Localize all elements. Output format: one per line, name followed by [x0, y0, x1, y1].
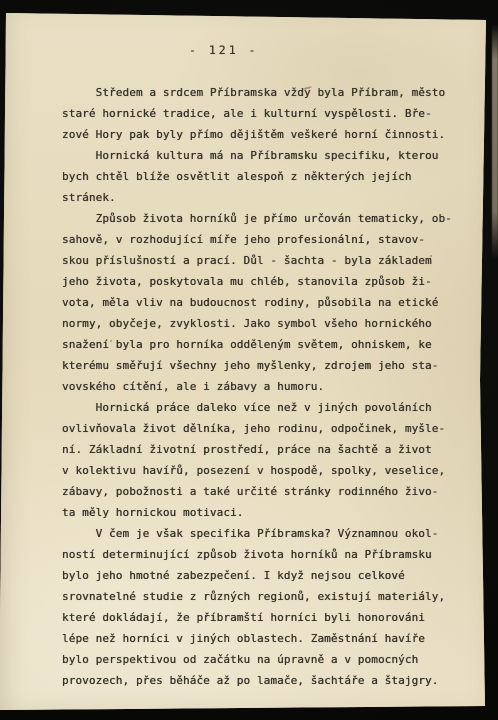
text-line: jeho života, poskytovala mu chléb, stano…	[62, 271, 442, 292]
text-line: kterému směřují všechny jeho myšlenky, z…	[62, 355, 442, 376]
text-line: ovlivňovala život dělníka, jeho rodinu, …	[62, 418, 442, 439]
text-line: vota, měla vliv na budoucnost rodiny, pů…	[62, 292, 442, 313]
text-line: vovského cítění, ale i zábavy a humoru.	[62, 376, 442, 397]
text-line: v kolektivu havířů, posezení v hospodě, …	[62, 460, 442, 481]
text-line: provozech, přes běháče až po lamače, šac…	[62, 670, 442, 691]
paper-speck	[430, 255, 432, 257]
text-line: Způsob života horníků je přímo určován t…	[62, 208, 442, 229]
text-line: ností determinující způsob života horník…	[62, 544, 442, 565]
text-line: lépe než horníci v jiných oblastech. Zam…	[62, 628, 442, 649]
text-line: Hornická kultura má na Příbramsku specif…	[62, 145, 442, 166]
text-line: bych chtěl blíže osvětlit alespoň z někt…	[62, 166, 442, 187]
text-line: sahově, v rozhodující míře jeho profesio…	[62, 229, 442, 250]
text-line: srovnatelné studie z různých regionů, ex…	[62, 586, 442, 607]
scanned-page-background: - 121 - Středem a srdcem Příbramska vždy…	[0, 0, 498, 720]
text-line: V čem je však specifika Příbramska? Význ…	[62, 523, 442, 544]
page-number: - 121 -	[189, 43, 258, 57]
text-line: bylo perspektivou od začátku na úpravně …	[62, 649, 442, 670]
text-line: normy, obyčeje, zvyklosti. Jako symbol v…	[62, 313, 442, 334]
text-line: bylo jeho hmotné zabezpečení. I když nej…	[62, 565, 442, 586]
text-line: ní. Základní životní prostředí, práce na…	[62, 439, 442, 460]
text-line: Hornická práce daleko více než v jiných …	[62, 397, 442, 418]
text-line: Středem a srdcem Příbramska vždy byla Př…	[62, 82, 442, 103]
text-line: snažení byla pro horníka odděleným světe…	[62, 334, 442, 355]
text-line: zábavy, pobožnosti a také určité stránky…	[62, 481, 442, 502]
document-page: - 121 - Středem a srdcem Příbramska vždy…	[0, 0, 498, 720]
page-text-block: Středem a srdcem Příbramska vždy byla Př…	[62, 82, 442, 691]
paper-speck	[110, 340, 112, 342]
text-line: skou příslušností a prací. Důl - šachta …	[62, 250, 442, 271]
text-line: ta měly hornickou motivaci.	[62, 502, 442, 523]
text-line: stránek.	[62, 187, 442, 208]
text-line: staré hornické tradice, ale i kulturní v…	[62, 103, 442, 124]
text-line: které dokládají, že příbramští horníci b…	[62, 607, 442, 628]
adjacent-page-edge	[492, 24, 498, 259]
text-line: zové Hory pak byly přímo dějištěm vešker…	[62, 124, 442, 145]
